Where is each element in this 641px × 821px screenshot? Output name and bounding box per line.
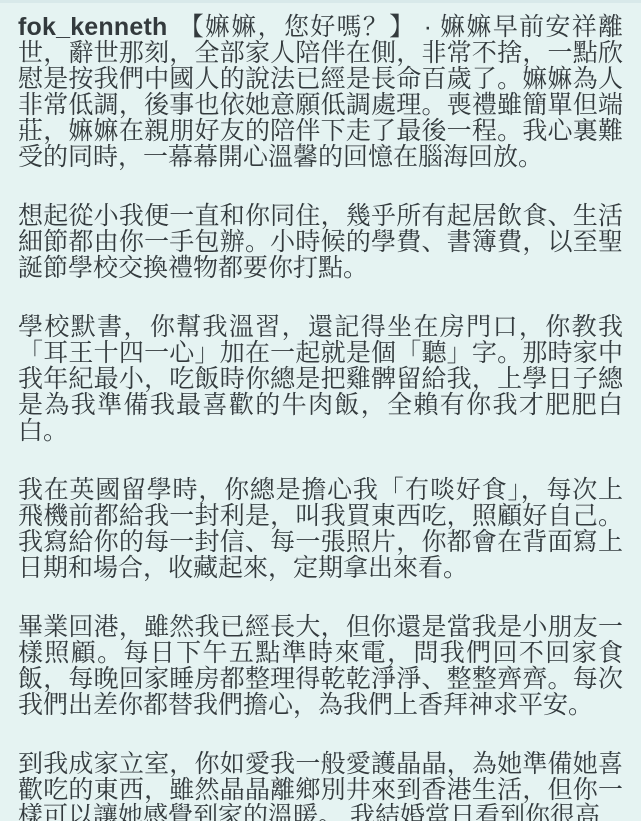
username-link[interactable]: fok_kenneth: [18, 13, 167, 41]
caption-paragraph: 我在英國留學時，你總是擔心我「冇啖好食」，每次上飛機前都給我一封利是，叫我買東西…: [18, 477, 623, 581]
top-edge-strip: [0, 0, 641, 3]
caption-body: fok_kenneth【嫲嫲，您好嗎？】 · 嫲嫲早前安祥離世，辭世那刻，全部家…: [0, 0, 641, 821]
caption-paragraph: 學校默書，你幫我溫習，還記得坐在房門口，你教我「耳王十四一心」加在一起就是個「聽…: [18, 314, 623, 444]
caption-paragraph: fok_kenneth【嫲嫲，您好嗎？】 · 嫲嫲早前安祥離世，辭世那刻，全部家…: [18, 14, 623, 170]
caption-paragraph: 到我成家立室，你如愛我一般愛護晶晶，為她準備她喜歡吃的東西，雖然晶晶離鄉別井來到…: [18, 751, 623, 821]
caption-paragraph: 畢業回港，雖然我已經長大，但你還是當我是小朋友一樣照顧。每日下午五點準時來電，問…: [18, 614, 623, 718]
post-screenshot: fok_kenneth【嫲嫲，您好嗎？】 · 嫲嫲早前安祥離世，辭世那刻，全部家…: [0, 0, 641, 821]
caption-paragraph: 想起從小我便一直和你同住，幾乎所有起居飲食、生活細節都由你一手包辦。小時候的學費…: [18, 203, 623, 281]
